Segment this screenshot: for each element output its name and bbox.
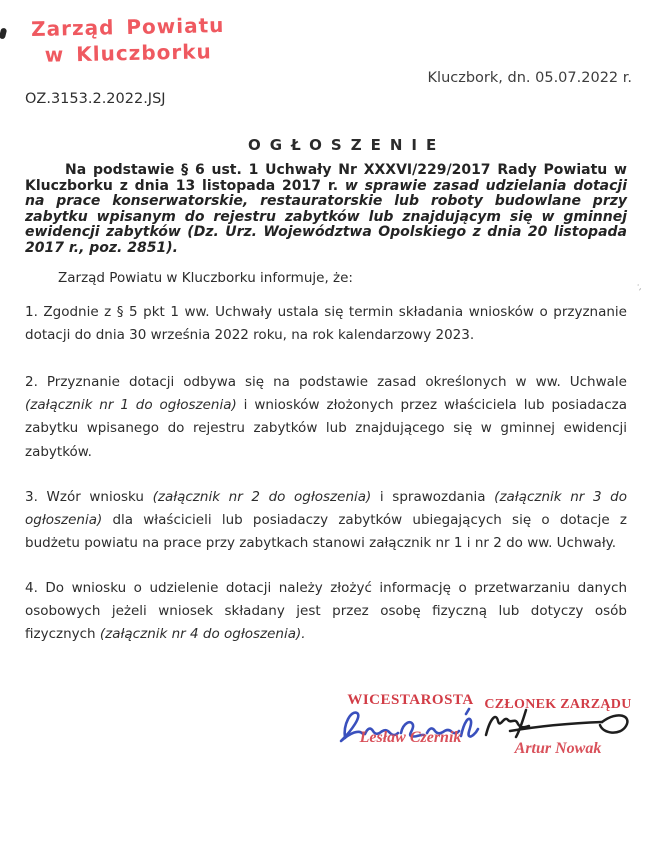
list-item-2: 2. Przyznanie dotacji odbywa się na pods… [25, 371, 627, 464]
text-run: 1. Zgodnie z § 5 pkt 1 ww. Uchwały ustal… [25, 304, 627, 343]
list-item-3: 3. Wzór wniosku (załącznik nr 2 do ogłos… [25, 486, 627, 556]
place-and-date: Kluczbork, dn. 05.07.2022 r. [380, 70, 632, 86]
text-run: 2. Przyznanie dotacji odbywa się na pods… [25, 374, 627, 390]
document-page: Zarząd Powiatu w Kluczborku Kluczbork, d… [0, 0, 650, 850]
scan-speck-artifact [0, 27, 7, 39]
issuer-stamp-line1: Zarząd Powiatu [29, 12, 226, 42]
text-run: i sprawozdania [371, 489, 494, 505]
text-run: (załącznik nr 2 do ogłoszenia) [153, 489, 372, 505]
list-item-4: 4. Do wniosku o udzielenie dotacji należ… [25, 577, 627, 647]
intro-paragraph: Na podstawie § 6 ust. 1 Uchwały Nr XXXVI… [25, 163, 627, 257]
issuer-stamp: Zarząd Powiatu w Kluczborku [29, 12, 226, 68]
list-item-1: 1. Zgodnie z § 5 pkt 1 ww. Uchwały ustal… [25, 301, 627, 347]
signature-name-leslaw-czernik: Lesław Czernik [323, 729, 498, 747]
signature-name-artur-nowak: Artur Nowak [478, 740, 638, 758]
handwritten-signature-black-icon [478, 705, 638, 745]
reference-number: OZ.3153.2.2022.JSJ [25, 91, 166, 107]
text-run: (załącznik nr 1 do ogłoszenia) [25, 397, 237, 413]
signature-block-wicestarosta: WICESTAROSTA Lesław Czernik [323, 692, 498, 762]
issuer-stamp-line2: w Kluczborku [30, 38, 227, 68]
text-run: dla właścicieli lub posiadaczy zabytków … [25, 512, 627, 551]
document-title: OGŁOSZENIE [248, 136, 445, 154]
text-run: 3. Wzór wniosku [25, 489, 153, 505]
lead-line: Zarząd Powiatu w Kluczborku informuje, ż… [25, 270, 627, 286]
text-run: (załącznik nr 4 do ogłoszenia). [100, 626, 306, 642]
scan-mark-artifact: ·‚ [634, 281, 643, 293]
signature-block-czlonek-zarzadu: CZŁONEK ZARZĄDU Artur Nowak [478, 697, 638, 767]
